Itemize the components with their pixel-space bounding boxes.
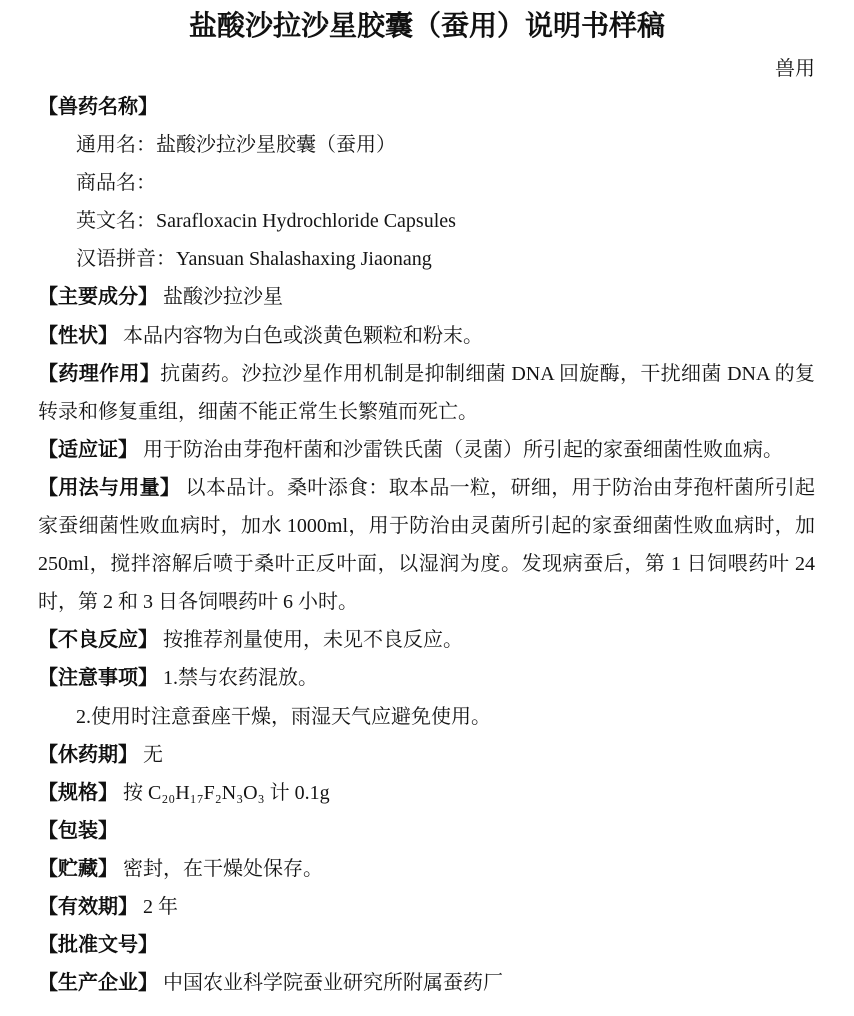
section-text: 无 xyxy=(138,744,163,766)
section-text: 本品内容物为白色或淡黄色颗粒和粉末。 xyxy=(118,325,483,347)
section-text: 按 C₂₀H₁₇F₂N₃O₃ 计 0.1g xyxy=(118,782,330,804)
section-label: 【性状】 xyxy=(38,325,118,347)
section-label: 【生产企业】 xyxy=(38,972,158,994)
section-indications: 【适应证】 用于防治由芽孢杆菌和沙雷铁氏菌（灵菌）所引起的家蚕细菌性败血病。 xyxy=(38,431,815,469)
section-dosage-line-4: 时，第 2 和 3 日各饲喂药叶 6 小时。 xyxy=(38,583,815,621)
section-label: 【适应证】 xyxy=(38,439,138,461)
usage-type-label: 兽用 xyxy=(0,56,815,82)
field-text: 商品名： xyxy=(76,172,156,194)
section-label: 【包装】 xyxy=(38,820,118,842)
section-text: 转录和修复重组，细菌不能正常生长繁殖而死亡。 xyxy=(38,401,478,423)
section-text: 2 年 xyxy=(138,896,178,918)
field-generic-name: 通用名：盐酸沙拉沙星胶囊（蚕用） xyxy=(38,126,815,164)
document-page: 盐酸沙拉沙星胶囊（蚕用）说明书样稿 兽用 【兽药名称】 通用名：盐酸沙拉沙星胶囊… xyxy=(0,0,854,1016)
section-veterinary-drug-name: 【兽药名称】 xyxy=(38,88,815,126)
section-withdrawal-period: 【休药期】 无 xyxy=(38,736,815,774)
section-text: 用于防治由芽孢杆菌和沙雷铁氏菌（灵菌）所引起的家蚕细菌性败血病。 xyxy=(138,439,783,461)
document-body: 【兽药名称】 通用名：盐酸沙拉沙星胶囊（蚕用） 商品名： 英文名：Saraflo… xyxy=(38,88,815,1002)
section-label: 【有效期】 xyxy=(38,896,138,918)
section-text: 盐酸沙拉沙星 xyxy=(158,286,283,308)
section-text: 1.禁与农药混放。 xyxy=(158,667,318,689)
section-label: 【药理作用】 xyxy=(38,363,160,385)
section-pharmacology-line-1: 【药理作用】抗菌药。沙拉沙星作用机制是抑制细菌 DNA 回旋酶，干扰细菌 DNA… xyxy=(38,355,815,393)
section-storage: 【贮藏】 密封，在干燥处保存。 xyxy=(38,850,815,888)
section-dosage-line-2: 家蚕细菌性败血病时，加水 1000ml，用于防治由灵菌所引起的家蚕细菌性败血病时… xyxy=(38,507,815,545)
section-main-ingredient: 【主要成分】 盐酸沙拉沙星 xyxy=(38,278,815,316)
section-label: 【注意事项】 xyxy=(38,667,158,689)
section-text: 250ml，搅拌溶解后喷于桑叶正反叶面，以湿润为度。发现病蚕后，第 1 日饲喂药… xyxy=(38,553,815,583)
section-manufacturer: 【生产企业】 中国农业科学院蚕业研究所附属蚕药厂 xyxy=(38,964,815,1002)
field-text: 英文名：Sarafloxacin Hydrochloride Capsules xyxy=(76,210,456,232)
section-expiry-period: 【有效期】 2 年 xyxy=(38,888,815,926)
section-precautions-item-1: 【注意事项】 1.禁与农药混放。 xyxy=(38,659,815,697)
section-label: 【贮藏】 xyxy=(38,858,118,880)
section-text: 时，第 2 和 3 日各饲喂药叶 6 小时。 xyxy=(38,591,358,613)
field-trade-name: 商品名： xyxy=(38,164,815,202)
section-adverse-reactions: 【不良反应】 按推荐剂量使用，未见不良反应。 xyxy=(38,621,815,659)
section-dosage-line-1: 【用法与用量】 以本品计。桑叶添食：取本品一粒，研细，用于防治由芽孢杆菌所引起的 xyxy=(38,469,815,507)
section-packaging: 【包装】 xyxy=(38,812,815,850)
section-text: 2.使用时注意蚕座干燥，雨湿天气应避免使用。 xyxy=(76,706,491,728)
section-label: 【不良反应】 xyxy=(38,629,158,651)
section-label: 【规格】 xyxy=(38,782,118,804)
section-label: 【休药期】 xyxy=(38,744,138,766)
section-pharmacology-line-2: 转录和修复重组，细菌不能正常生长繁殖而死亡。 xyxy=(38,393,815,431)
section-label: 【兽药名称】 xyxy=(38,96,158,118)
section-text: 密封，在干燥处保存。 xyxy=(118,858,323,880)
section-specification: 【规格】 按 C₂₀H₁₇F₂N₃O₃ 计 0.1g xyxy=(38,774,815,812)
field-english-name: 英文名：Sarafloxacin Hydrochloride Capsules xyxy=(38,202,815,240)
section-dosage-line-3: 250ml，搅拌溶解后喷于桑叶正反叶面，以湿润为度。发现病蚕后，第 1 日饲喂药… xyxy=(38,545,815,583)
section-precautions-item-2: 2.使用时注意蚕座干燥，雨湿天气应避免使用。 xyxy=(38,698,815,736)
section-label: 【批准文号】 xyxy=(38,934,158,956)
field-text: 汉语拼音：Yansuan Shalashaxing Jiaonang xyxy=(76,248,432,270)
field-text: 通用名：盐酸沙拉沙星胶囊（蚕用） xyxy=(76,134,396,156)
document-title: 盐酸沙拉沙星胶囊（蚕用）说明书样稿 xyxy=(0,0,854,43)
section-text: 按推荐剂量使用，未见不良反应。 xyxy=(158,629,463,651)
section-text: 中国农业科学院蚕业研究所附属蚕药厂 xyxy=(158,972,503,994)
field-pinyin-name: 汉语拼音：Yansuan Shalashaxing Jiaonang xyxy=(38,240,815,278)
section-text: 家蚕细菌性败血病时，加水 1000ml，用于防治由灵菌所引起的家蚕细菌性败血病时… xyxy=(38,515,815,545)
section-approval-number: 【批准文号】 xyxy=(38,926,815,964)
section-label: 【主要成分】 xyxy=(38,286,158,308)
section-description: 【性状】 本品内容物为白色或淡黄色颗粒和粉末。 xyxy=(38,317,815,355)
section-label: 【用法与用量】 xyxy=(38,477,180,499)
